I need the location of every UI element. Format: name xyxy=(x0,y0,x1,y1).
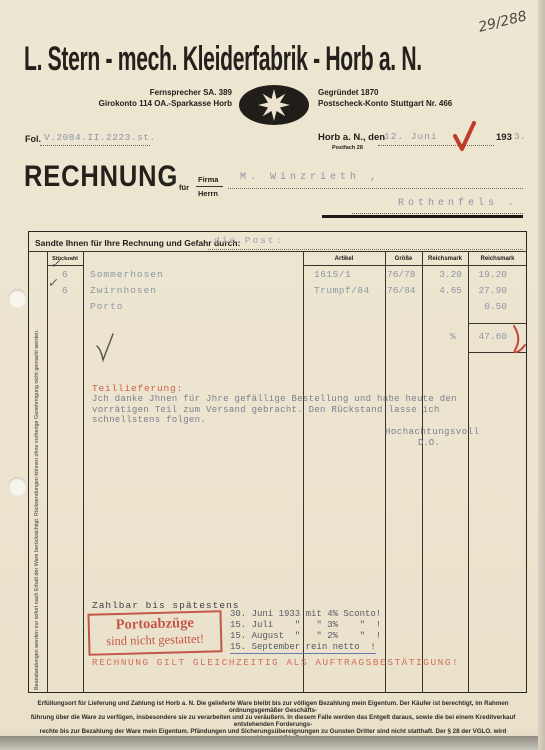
row-qty: 6 xyxy=(62,269,68,280)
payment-term: 15. August " " 2% " ! xyxy=(230,631,381,641)
address-rule xyxy=(322,215,523,218)
red-checkmark-icon xyxy=(452,120,478,157)
payment-term: 30. Juni 1933 mit 4% Sconto! xyxy=(230,609,381,619)
total-symbol: % xyxy=(450,331,456,342)
firma-label: Firma xyxy=(198,175,218,184)
margin-note: Beanstandungen werden nur sofort nach Er… xyxy=(31,258,44,690)
footer-line: führung über die Ware zu verfügen, insbe… xyxy=(26,714,520,728)
column-line xyxy=(385,251,386,693)
folio-value: V.2084.II.2223.st. xyxy=(44,132,156,143)
paper-right-edge xyxy=(538,0,545,750)
row-qty: 6 xyxy=(62,285,68,296)
row-total: 0.50 xyxy=(468,301,507,312)
message-heading: Teillieferung: xyxy=(92,383,183,394)
pencil-folio-annotation: 29/288 xyxy=(477,8,529,35)
folio-dotted-line xyxy=(40,144,150,146)
row-desc: Zwirnhosen xyxy=(90,285,157,296)
col-header-article: Artikel xyxy=(303,256,385,262)
row-total: 19.20 xyxy=(468,269,507,280)
typed-date: 12. Juni xyxy=(384,131,438,142)
payment-term-final: 15. September rein netto ! xyxy=(230,642,376,654)
firma-divider xyxy=(196,186,223,187)
folio-label: Fol. xyxy=(25,134,41,144)
row-article: Trumpf/84 xyxy=(314,285,370,296)
place-date-label: Horb a. N., den xyxy=(318,132,385,143)
shipping-row-divider xyxy=(28,251,527,252)
payment-term: 15. Juli " " 3% " ! xyxy=(230,620,381,630)
row-article: 1615/1 xyxy=(314,269,351,280)
red-pencil-mark-icon xyxy=(508,324,530,363)
header-underline xyxy=(303,265,527,266)
postcheck-line: Postscheck-Konto Stuttgart Nr. 466 xyxy=(318,99,452,108)
giro-line: Girokonto 114 OA.-Sparkasse Horb xyxy=(0,99,232,108)
shipping-value: die Post: xyxy=(214,235,283,246)
shipping-dotted-line xyxy=(208,248,523,250)
fuer-label: für xyxy=(179,183,189,192)
pencil-checkmark-icon xyxy=(93,332,117,369)
founded-line: Gegründet 1870 xyxy=(318,88,378,97)
paper-bottom-edge xyxy=(0,736,545,750)
column-line xyxy=(422,251,423,693)
herrn-label: Herrn xyxy=(198,189,218,198)
column-line xyxy=(47,251,48,693)
shipping-label: Sandte Ihnen für Ihre Rechnung und Gefah… xyxy=(35,238,240,248)
stamp-line2: sind nicht gestattet! xyxy=(90,631,220,649)
year-print: 193 xyxy=(496,132,512,143)
footer-line: Erfüllungsort für Lieferung und Zahlung … xyxy=(26,700,520,714)
porto-stamp: Portoabzüge sind nicht gestattet! xyxy=(87,610,222,655)
column-line xyxy=(83,251,84,693)
row-total: 27.90 xyxy=(468,285,507,296)
phone-line: Fernsprecher SA. 389 xyxy=(0,88,232,97)
invoice-title: RECHNUNG xyxy=(24,160,178,194)
col-header-size: Größe xyxy=(385,256,422,262)
customer-dotted-line xyxy=(228,187,523,189)
col-header-rm-total: Reichsmark xyxy=(468,256,527,262)
hole-punch xyxy=(8,477,27,496)
message-initials: D.O. xyxy=(418,438,440,448)
hole-punch xyxy=(8,289,27,308)
star-logo-icon xyxy=(237,83,311,132)
invoice-document: 29/288 L. Stern - mech. Kleiderfabrik - … xyxy=(0,0,545,750)
message-line: vorrätigen Teil zum Versand gebracht. De… xyxy=(92,405,440,415)
confirmation-note: RECHNUNG GILT GLEICHZEITIG ALS AUFTRAGSB… xyxy=(92,657,459,668)
row-desc: Porto xyxy=(90,301,124,312)
row-size: 76/78 xyxy=(387,269,416,280)
city-dotted-line xyxy=(352,212,523,214)
message-closing: Hochachtungsvoll xyxy=(385,427,479,437)
column-line xyxy=(468,251,469,693)
col-header-rm-unit: Reichsmark xyxy=(422,256,468,262)
message-line: schnellstens folgen. xyxy=(92,415,206,425)
typed-year: 3. xyxy=(514,131,525,142)
row-size: 76/84 xyxy=(387,285,416,296)
row-unit: 4.65 xyxy=(422,285,462,296)
message-line: Jch danke Jhnen für Jhre gefällige Beste… xyxy=(92,394,457,404)
row-desc: Sommerhosen xyxy=(90,269,164,280)
customer-city: Rothenfels . xyxy=(398,198,518,209)
total-value: 47.60 xyxy=(468,331,507,342)
customer-name: M. Winzrieth , xyxy=(240,172,380,183)
postbox-label: Postfach 28 xyxy=(332,145,363,151)
company-name: L. Stern - mech. Kleiderfabrik - Horb a.… xyxy=(24,40,422,79)
row-unit: 3.20 xyxy=(422,269,462,280)
